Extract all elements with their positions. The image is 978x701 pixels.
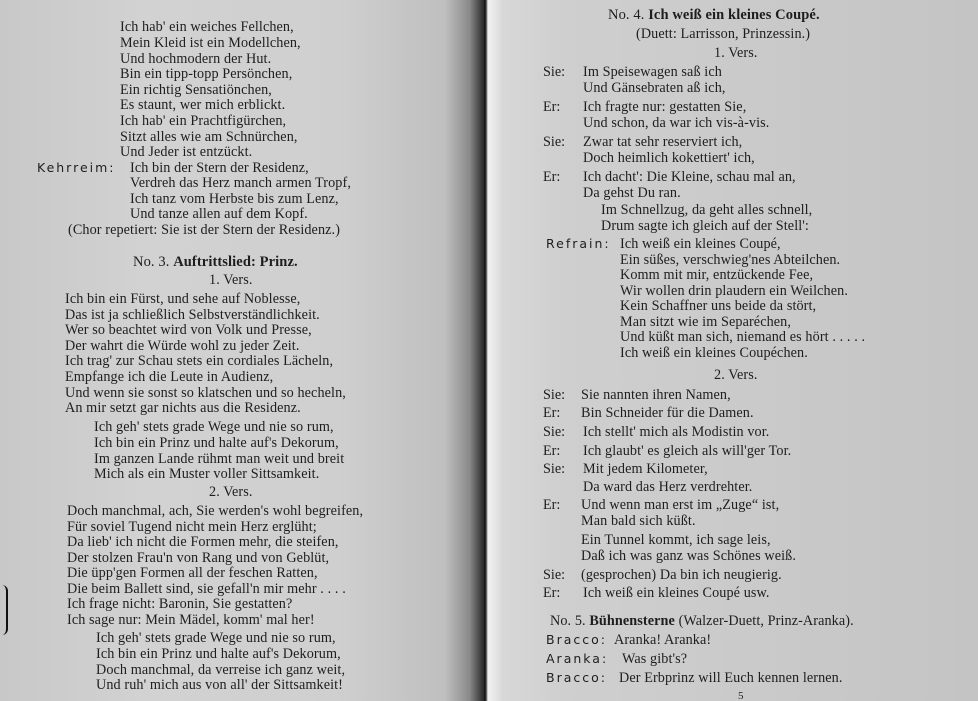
refrain-line: Ich tanz vom Herbste bis zum Lenz, [130, 191, 339, 207]
verse-line: Man bald sich küßt. [581, 513, 696, 529]
song-number: No. 5. [550, 613, 586, 629]
song-title: Auftrittslied: Prinz. [173, 254, 298, 270]
verse-label: 1. Vers. [714, 45, 758, 61]
song-heading: No. 4. Ich weiß ein kleines Coupé. [608, 7, 820, 23]
verse-line: Ich hab' ein weiches Fellchen, [120, 19, 294, 35]
speaker-label: Er: [543, 585, 560, 601]
song-number: No. 4. [608, 7, 644, 23]
left-page: Ich hab' ein weiches Fellchen, Mein Klei… [0, 0, 484, 701]
chorus-note: (Chor repetiert: Sie ist der Stern der R… [68, 222, 340, 238]
refrain-line: Und tanze allen auf dem Kopf. [130, 206, 308, 222]
verse-line: Da ward das Herz verdrehter. [583, 479, 752, 495]
dialogue-line: Der Erbprinz will Euch kennen lernen. [619, 670, 843, 686]
speaker-label: Bracco: [546, 670, 607, 686]
refrain-line: Kein Schaffner uns beide da stört, [620, 298, 816, 314]
song-number: No. 3. [133, 254, 169, 270]
refrain-line: Man sitzt wie im Separéchen, [620, 314, 791, 330]
verse-line: Ich weiß ein kleines Coupé usw. [583, 585, 770, 601]
verse-line: Im Speisewagen saß ich [583, 64, 722, 80]
refrain-line: Mich als ein Muster voller Sittsamkeit. [94, 466, 319, 482]
verse-line: An mir setzt gar nichts aus die Residenz… [65, 400, 301, 416]
refrain-line: Ich bin ein Prinz und halte auf's Dekoru… [94, 435, 339, 451]
song-subtitle: (Walzer-Duett, Prinz-Aranka). [679, 613, 854, 629]
song-heading: No. 3. Auftrittslied: Prinz. [133, 254, 298, 270]
verse-line: Doch manchmal, ach, Sie werden's wohl be… [67, 503, 363, 519]
verse-line: Ich bin ein Fürst, und sehe auf Noblesse… [65, 291, 300, 307]
verse-line: Zwar tat sehr reserviert ich, [583, 134, 742, 150]
verse-label: 2. Vers. [714, 367, 758, 383]
verse-line: Sitzt alles wie am Schnürchen, [120, 129, 298, 145]
verse-line: Für soviel Tugend nicht mein Herz erglüh… [67, 519, 317, 535]
verse-line: Ich fragte nur: gestatten Sie, [583, 99, 746, 115]
song-title: Ich weiß ein kleines Coupé. [648, 7, 819, 23]
verse-line: Und wenn man erst im „Zuge“ ist, [581, 497, 779, 513]
verse-line: Und Gänsebraten aß ich, [583, 80, 726, 96]
speaker-label: Sie: [543, 424, 565, 440]
refrain-line: Und küßt man sich, niemand es hört . . .… [620, 329, 865, 345]
verse-line: (gesprochen) Da bin ich neugierig. [581, 567, 782, 583]
speaker-label: Er: [543, 169, 560, 185]
verse-line: Ein Tunnel kommt, ich sage leis, [581, 532, 771, 548]
refrain-line: Ich bin ein Prinz und halte auf's Dekoru… [96, 646, 341, 662]
refrain-line: Ich geh' stets grade Wege und nie so rum… [96, 630, 336, 646]
verse-line: Die üpp'gen Formen all der feschen Ratte… [67, 565, 318, 581]
speaker-label: Aranka: [546, 651, 608, 667]
verse-line: Daß ich was ganz was Schönes weiß. [581, 548, 796, 564]
speaker-label: Er: [543, 405, 560, 421]
verse-line: Mein Kleid ist ein Modellchen, [120, 35, 301, 51]
verse-line: Ich glaubt' es gleich als will'ger Tor. [583, 443, 791, 459]
speaker-label: Sie: [543, 567, 565, 583]
right-page: No. 4. Ich weiß ein kleines Coupé. (Duet… [488, 0, 978, 701]
verse-line: Der stolzen Frau'n von Rang und von Gebl… [67, 550, 329, 566]
verse-line: Wer so beachtet wird von Volk und Presse… [65, 322, 312, 338]
speaker-label: Bracco: [546, 632, 607, 648]
verse-line: Ich sage nur: Mein Mädel, komm' mal her! [67, 612, 315, 628]
verse-line: Und Jeder ist entzückt. [120, 144, 252, 160]
song-title: Bühnensterne [589, 613, 675, 629]
verse-line: Die beim Ballett sind, sie gefall'n mir … [67, 581, 346, 597]
refrain-line: Ich weiß ein kleines Coupéchen. [620, 345, 808, 361]
verse-label: 2. Vers. [209, 484, 253, 500]
refrain-label: Kehrreim: [37, 160, 116, 176]
verse-label: 1. Vers. [209, 272, 253, 288]
verse-line: Drum sagte ich gleich auf der Stell': [601, 218, 809, 234]
refrain-line: Wir wollen drin plaudern ein Weilchen. [620, 283, 848, 299]
verse-line: Bin ein tipp-topp Persönchen, [120, 66, 292, 82]
verse-line: Ich frage nicht: Baronin, Sie gestatten? [67, 596, 292, 612]
verse-line: Ich trag' zur Schau stets ein cordiales … [65, 353, 333, 369]
dialogue-line: Aranka! Aranka! [614, 632, 711, 648]
verse-line: Es staunt, wer mich erblickt. [120, 97, 285, 113]
dialogue-line: Was gibt's? [622, 651, 687, 667]
speaker-label: Er: [543, 497, 560, 513]
refrain-label: Refrain: [546, 236, 611, 252]
verse-line: Bin Schneider für die Damen. [581, 405, 754, 421]
verse-line: Ich dacht': Die Kleine, schau mal an, [583, 169, 796, 185]
verse-line: Doch heimlich kokettiert' ich, [583, 150, 755, 166]
verse-line: Ich hab' ein Prachtfigürchen, [120, 113, 286, 129]
verse-line: Sie nannten ihren Namen, [581, 387, 731, 403]
verse-line: Und hochmodern der Hut. [120, 51, 271, 67]
speaker-label: Sie: [543, 134, 565, 150]
refrain-line: Im ganzen Lande rühmt man weit und breit [94, 451, 344, 467]
song-subtitle: (Duett: Larrisson, Prinzessin.) [636, 26, 810, 42]
refrain-line: Ich bin der Stern der Residenz, [130, 160, 309, 176]
speaker-label: Er: [543, 443, 560, 459]
speaker-label: Sie: [543, 461, 565, 477]
verse-line: Im Schnellzug, da geht alles schnell, [601, 202, 812, 218]
refrain-line: Doch manchmal, da verreise ich ganz weit… [96, 662, 345, 678]
refrain-line: Ein süßes, verschwieg'nes Abteilchen. [620, 252, 840, 268]
verse-line: Da gehst Du ran. [583, 185, 681, 201]
speaker-label: Sie: [543, 64, 565, 80]
verse-line: Ein richtig Sensatiönchen, [120, 82, 272, 98]
refrain-line: Komm mit mir, entzückende Fee, [620, 267, 813, 283]
refrain-line: Ich weiß ein kleines Coupé, [620, 236, 781, 252]
verse-line: Das ist ja schließlich Selbstverständlic… [65, 307, 320, 323]
verse-line: Der wahrt die Würde wohl zu jeder Zeit. [65, 338, 300, 354]
verse-line: Ich stellt' mich als Modistin vor. [583, 424, 769, 440]
speaker-label: Er: [543, 99, 560, 115]
verse-line: Mit jedem Kilometer, [583, 461, 708, 477]
verse-line: Da lieb' ich nicht die Formen mehr, die … [67, 534, 339, 550]
refrain-line: Und ruh' mich aus von all' der Sittsamke… [96, 677, 343, 693]
verse-line: Empfange ich die Leute in Audienz, [65, 369, 273, 385]
verse-line: Und wenn sie sonst so klatschen und so h… [65, 385, 346, 401]
refrain-line: Verdreh das Herz manch armen Tropf, [130, 175, 351, 191]
page-number: 5 [738, 690, 744, 701]
scan-artifact [2, 585, 8, 635]
speaker-label: Sie: [543, 387, 565, 403]
refrain-line: Ich geh' stets grade Wege und nie so rum… [94, 419, 334, 435]
verse-line: Und schon, da war ich vis-à-vis. [583, 115, 769, 131]
song-heading: No. 5. Bühnensterne (Walzer-Duett, Prinz… [550, 613, 854, 629]
